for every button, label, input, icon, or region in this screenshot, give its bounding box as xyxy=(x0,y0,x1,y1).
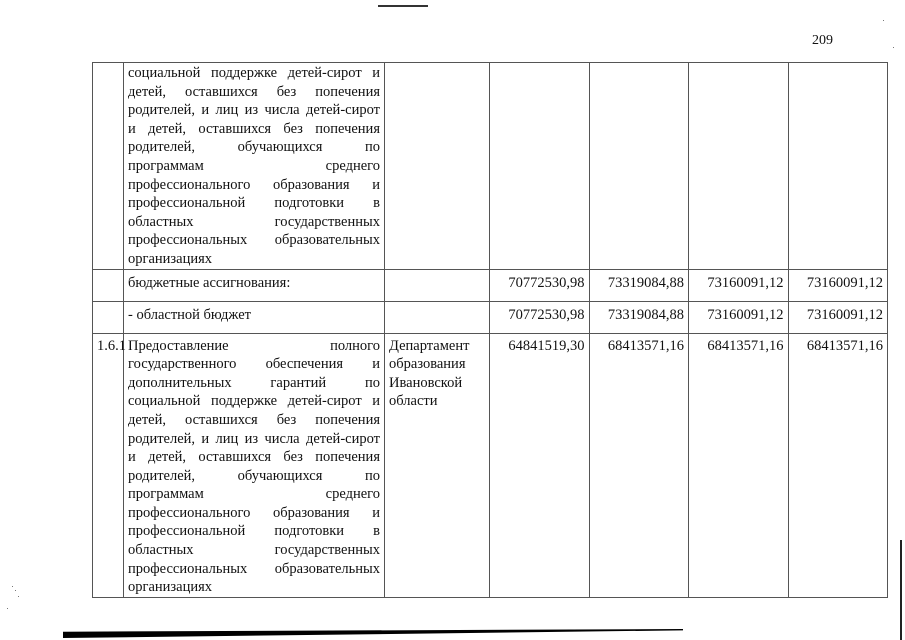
table-row-item-1-6-1: 1.6.1 Предоставление полного государстве… xyxy=(93,333,888,597)
cell-value-2: 73319084,88 xyxy=(589,301,689,333)
cell-value-1: 70772530,98 xyxy=(490,301,590,333)
cell-num: 1.6.1 xyxy=(93,333,124,597)
page-number: 209 xyxy=(812,33,833,49)
scan-right-edge xyxy=(900,540,902,640)
cell-value-1 xyxy=(490,63,590,270)
scan-top-rule xyxy=(378,5,428,7)
cell-num xyxy=(93,301,124,333)
cell-label: бюджетные ассигнования: xyxy=(124,269,385,301)
cell-executor xyxy=(385,63,490,270)
scan-speck xyxy=(883,20,884,21)
cell-value-1: 70772530,98 xyxy=(490,269,590,301)
cell-value-1: 64841519,30 xyxy=(490,333,590,597)
cell-description: социальной поддержке детей-сирот и детей… xyxy=(124,63,385,270)
scan-speck xyxy=(12,586,13,587)
cell-executor xyxy=(385,269,490,301)
table-row-continuation: социальной поддержке детей-сирот и детей… xyxy=(93,63,888,270)
scan-speck xyxy=(893,47,894,48)
cell-description: Предоставление полного государственного … xyxy=(124,333,385,597)
budget-table: социальной поддержке детей-сирот и детей… xyxy=(92,62,888,598)
cell-num xyxy=(93,269,124,301)
cell-value-4: 68413571,16 xyxy=(788,333,888,597)
scan-speck xyxy=(7,608,8,609)
cell-executor xyxy=(385,301,490,333)
scan-speck xyxy=(18,596,19,597)
scan-speck xyxy=(15,590,16,591)
cell-value-4: 73160091,12 xyxy=(788,301,888,333)
cell-executor: Департамент образования Ивановской облас… xyxy=(385,333,490,597)
cell-value-3: 73160091,12 xyxy=(689,301,789,333)
cell-label: - областной бюджет xyxy=(124,301,385,333)
cell-value-3 xyxy=(689,63,789,270)
cell-num xyxy=(93,63,124,270)
cell-value-3: 73160091,12 xyxy=(689,269,789,301)
table-row-regional-budget: - областной бюджет 70772530,98 73319084,… xyxy=(93,301,888,333)
cell-value-2 xyxy=(589,63,689,270)
cell-value-4 xyxy=(788,63,888,270)
cell-value-2: 73319084,88 xyxy=(589,269,689,301)
cell-value-2: 68413571,16 xyxy=(589,333,689,597)
cell-value-3: 68413571,16 xyxy=(689,333,789,597)
table-row-budget-allocations: бюджетные ассигнования: 70772530,98 7331… xyxy=(93,269,888,301)
scan-bottom-edge xyxy=(63,629,683,638)
cell-value-4: 73160091,12 xyxy=(788,269,888,301)
